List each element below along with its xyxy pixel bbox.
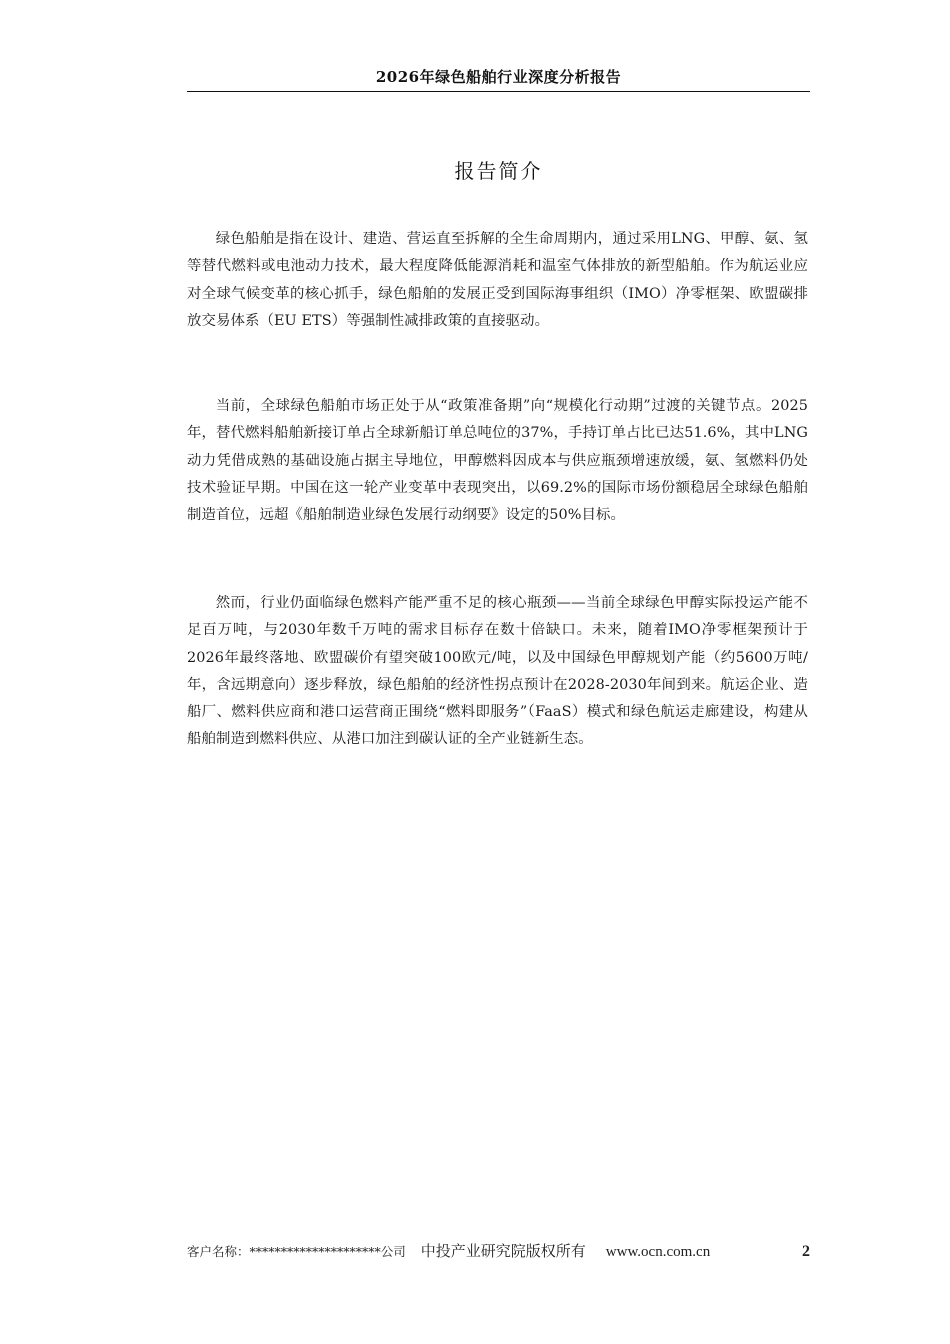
- paragraph-text: 绿色船舶是指在设计、建造、营运直至拆解的全生命周期内，通过采用LNG、甲醇、氨、…: [187, 226, 808, 335]
- section-title: 报告简介: [187, 155, 810, 184]
- paragraph-intro: 绿色船舶是指在设计、建造、营运直至拆解的全生命周期内，通过采用LNG、甲醇、氨、…: [187, 226, 808, 335]
- page-header-title: 2026年绿色船舶行业深度分析报告: [187, 66, 810, 87]
- footer-client-name: 客户名称：*********************公司: [187, 1242, 406, 1260]
- header-divider: [187, 91, 810, 92]
- paragraph-market-status: 当前，全球绿色船舶市场正处于从“政策准备期”向“规模化行动期”过渡的关键节点。2…: [187, 393, 808, 529]
- paragraph-text: 当前，全球绿色船舶市场正处于从“政策准备期”向“规模化行动期”过渡的关键节点。2…: [187, 393, 808, 529]
- footer-website-link[interactable]: www.ocn.com.cn: [606, 1244, 710, 1261]
- footer-copyright: 中投产业研究院版权所有: [421, 1240, 586, 1261]
- paragraph-outlook: 然而，行业仍面临绿色燃料产能严重不足的核心瓶颈——当前全球绿色甲醇实际投运产能不…: [187, 590, 808, 754]
- page-number: 2: [802, 1243, 810, 1261]
- page-footer: 客户名称：*********************公司 中投产业研究院版权所有…: [187, 1240, 810, 1264]
- paragraph-text: 然而，行业仍面临绿色燃料产能严重不足的核心瓶颈——当前全球绿色甲醇实际投运产能不…: [187, 590, 808, 754]
